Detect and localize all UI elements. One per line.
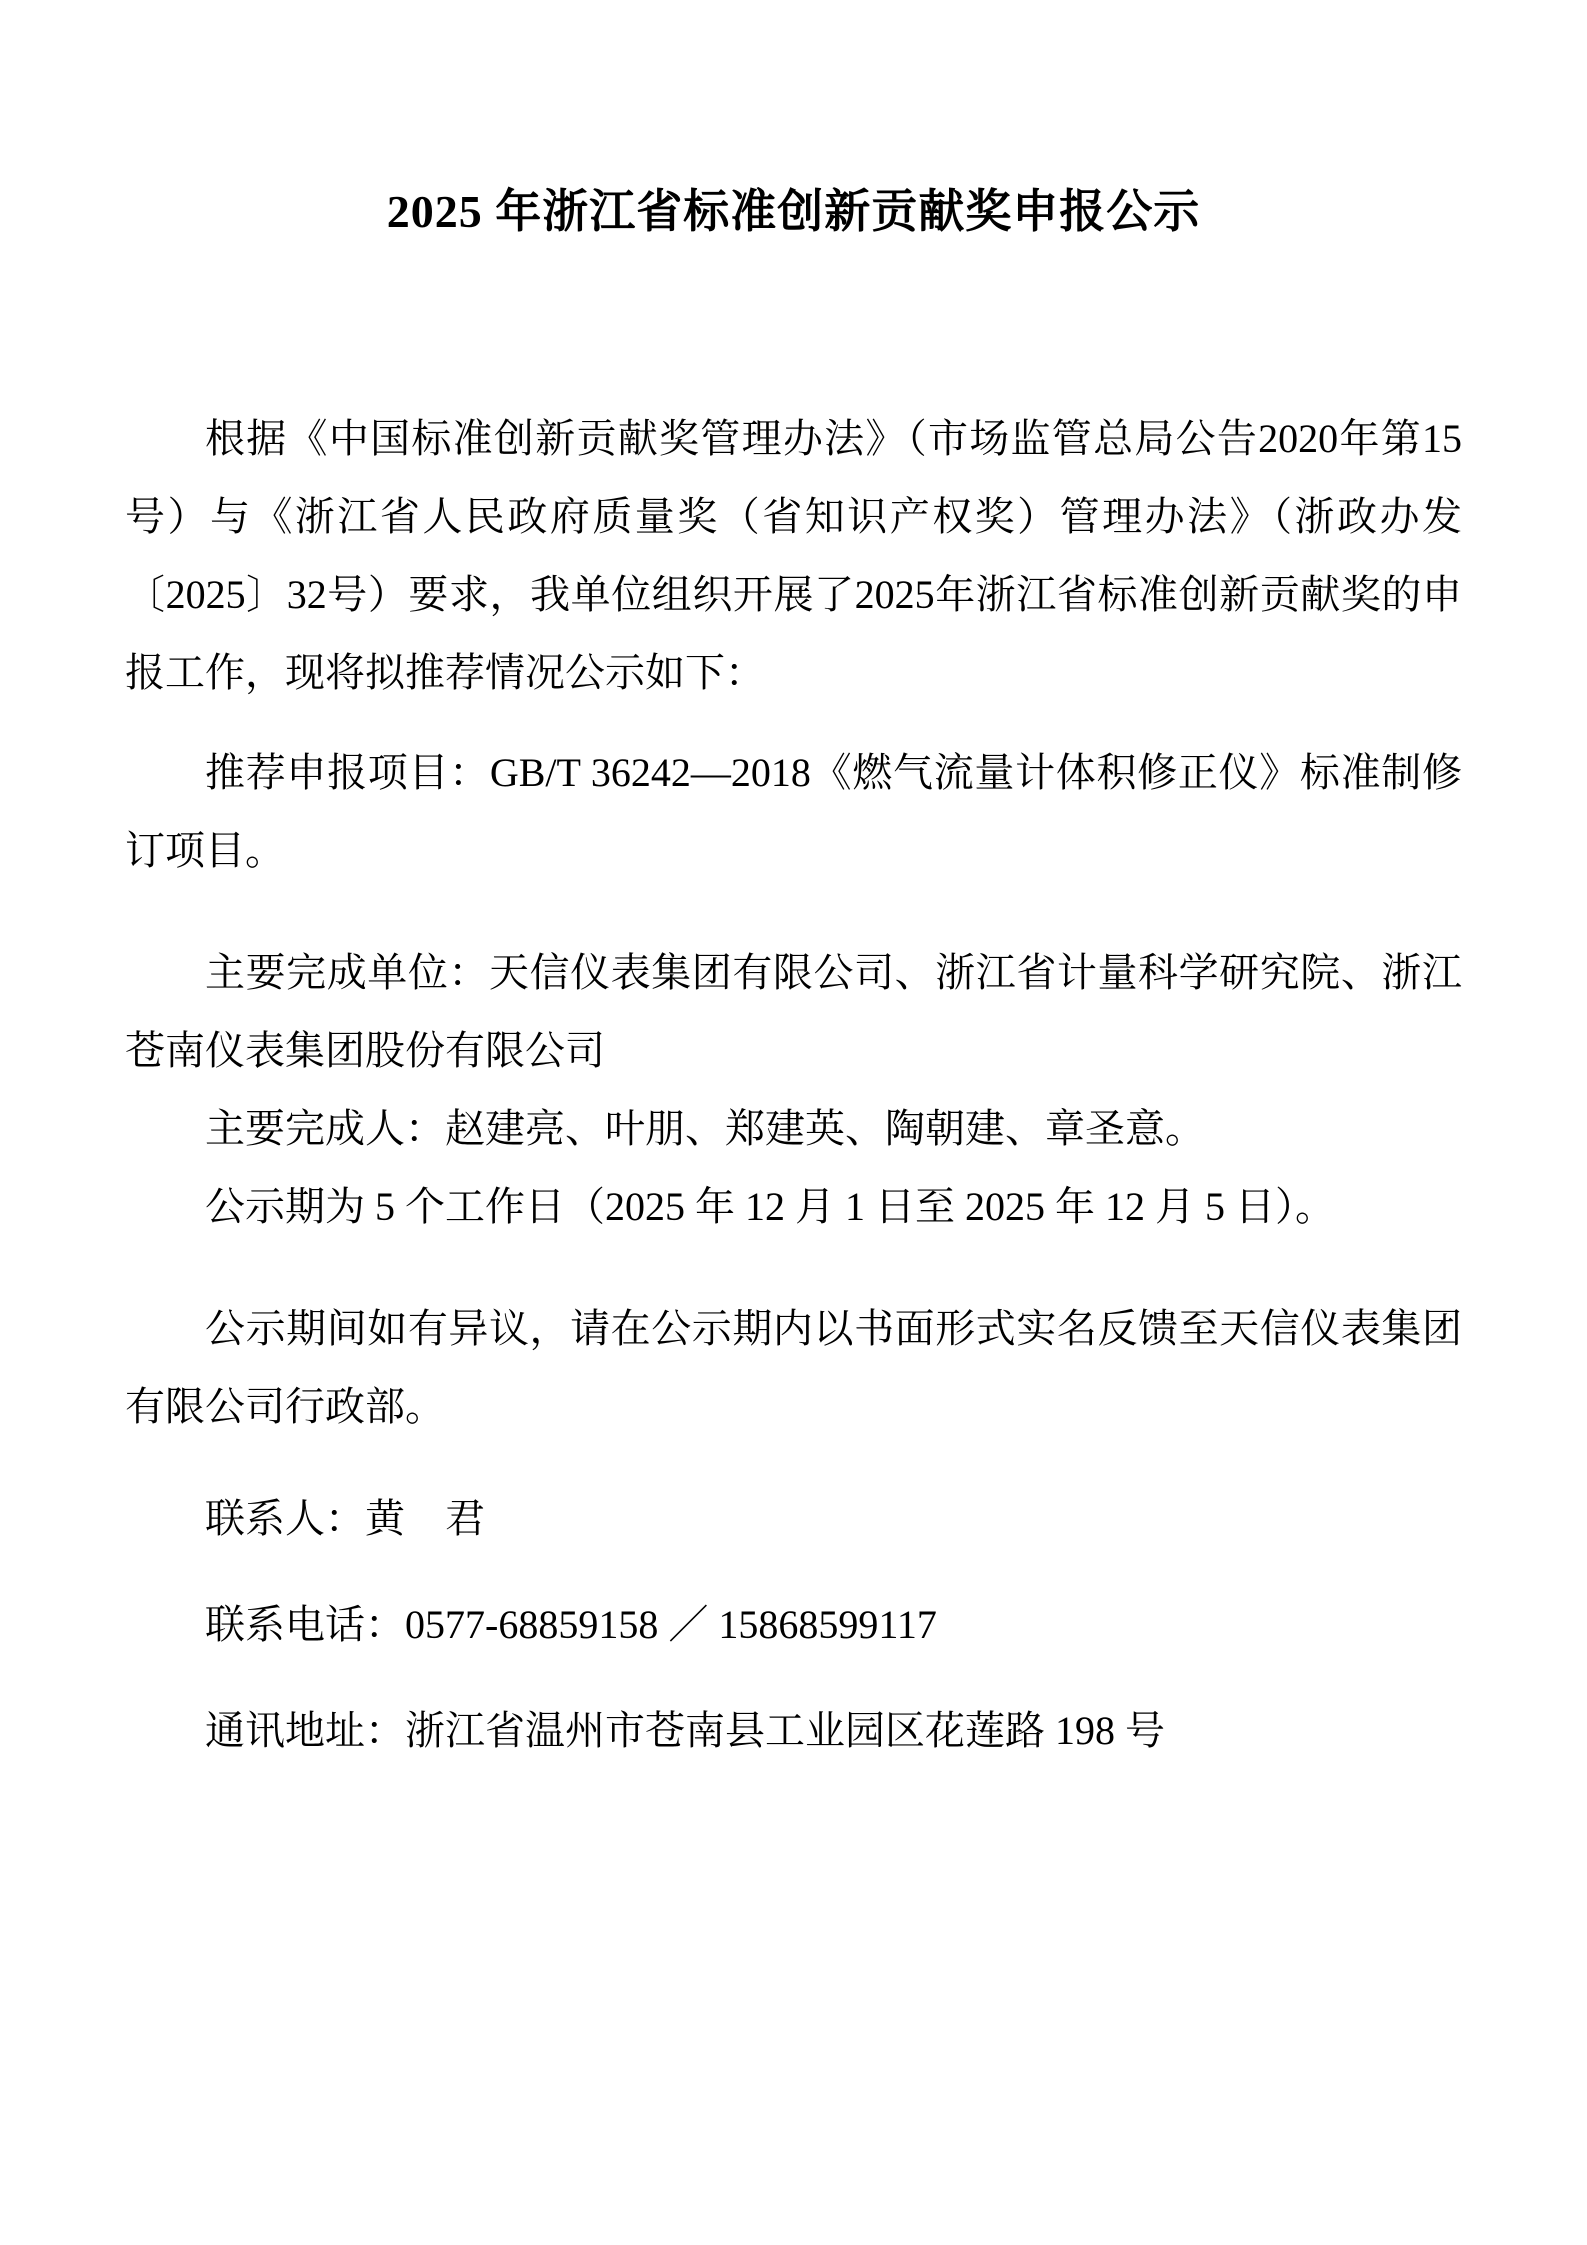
- paragraph-recommended-project: 推荐申报项目：GB/T 36242—2018《燃气流量计体积修正仪》标准制修订项…: [125, 734, 1462, 890]
- paragraph-main-units: 主要完成单位：天信仪表集团有限公司、浙江省计量科学研究院、浙江苍南仪表集团股份有…: [125, 934, 1462, 1090]
- paragraph-main-contributors: 主要完成人：赵建亮、叶朋、郑建英、陶朝建、章圣意。: [125, 1090, 1462, 1168]
- contact-phone-line: 联系电话：0577-68859158 ／ 15868599117: [125, 1586, 1462, 1664]
- document-page: 2025 年浙江省标准创新贡献奖申报公示 根据《中国标准创新贡献奖管理办法》（市…: [0, 0, 1587, 2245]
- paragraph-basis: 根据《中国标准创新贡献奖管理办法》（市场监管总局公告2020年第15号）与《浙江…: [125, 400, 1462, 712]
- contact-person-line: 联系人：黄 君: [125, 1480, 1462, 1558]
- paragraph-objection-notice: 公示期间如有异议，请在公示期内以书面形式实名反馈至天信仪表集团有限公司行政部。: [125, 1290, 1462, 1446]
- contact-address-line: 通讯地址：浙江省温州市苍南县工业园区花莲路 198 号: [125, 1692, 1462, 1770]
- paragraph-publicity-period: 公示期为 5 个工作日（2025 年 12 月 1 日至 2025 年 12 月…: [125, 1168, 1462, 1246]
- page-title: 2025 年浙江省标准创新贡献奖申报公示: [125, 182, 1462, 242]
